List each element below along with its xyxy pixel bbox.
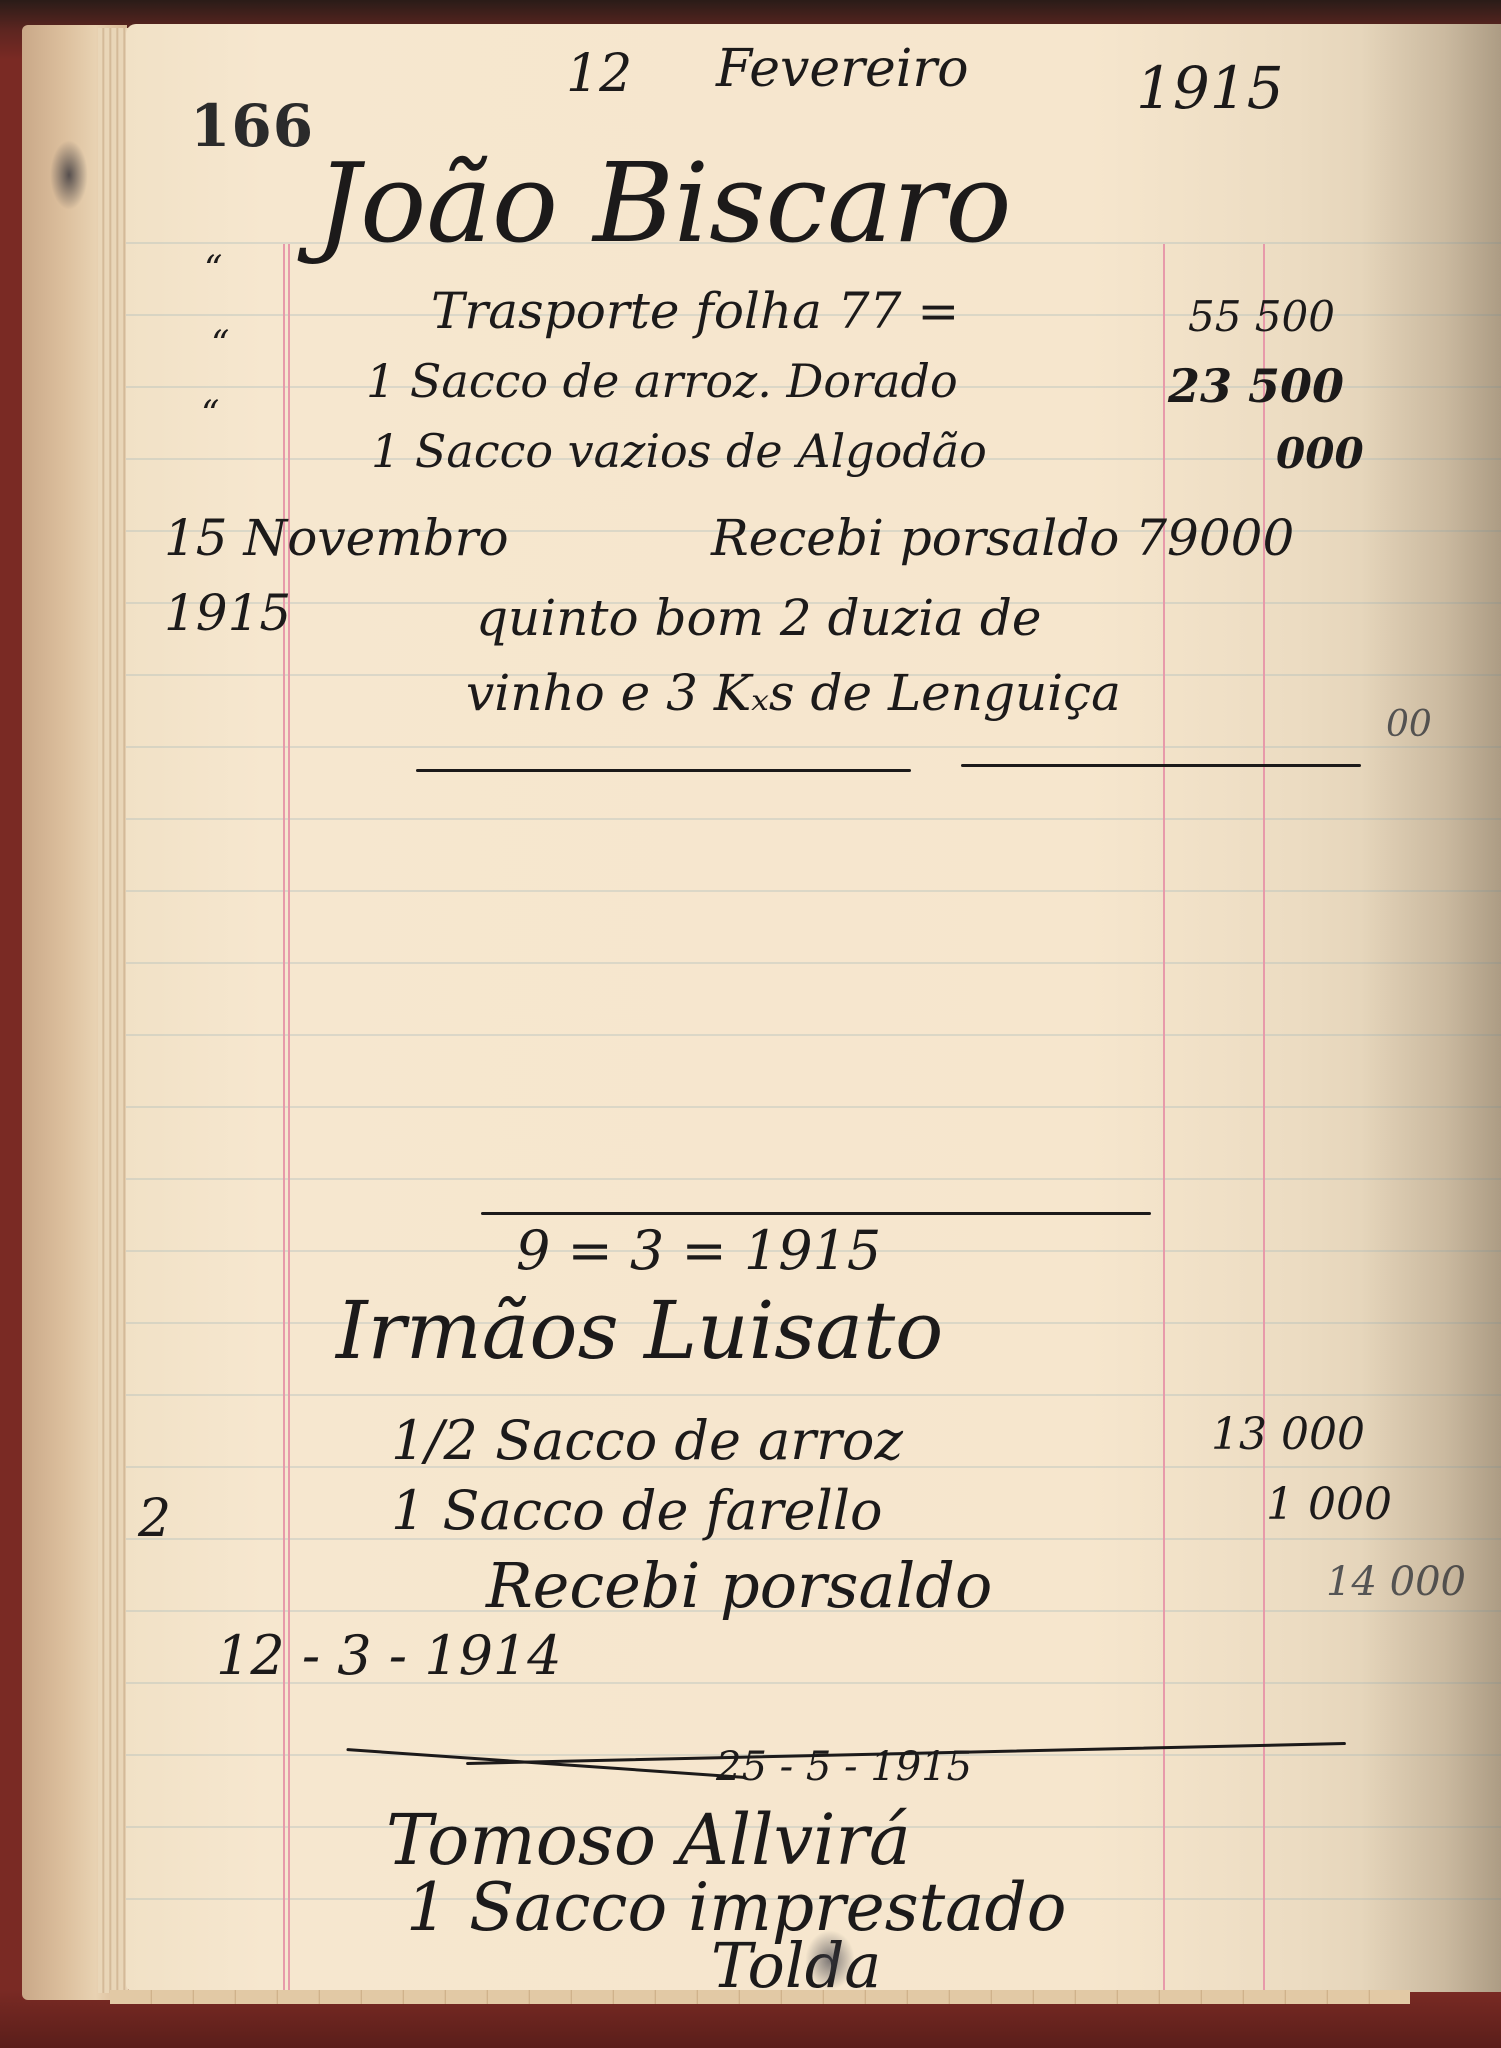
settlement-line: Recebi porsaldo [486,1549,992,1622]
settlement-year: 1915 [164,584,291,642]
entry-line-text: 1 Sacco de arroz. Dorado [366,354,958,408]
settlement-date: 12 - 3 - 1914 [216,1624,562,1687]
account-name-joao-biscaro: João Biscaro [316,139,1012,267]
ditto-mark: “ [211,324,229,365]
ditto-mark: “ [201,394,219,435]
ditto-mark: “ [204,249,222,290]
amount-column-line [1163,244,1165,1992]
entry-line-text: 1 Sacco vazios de Algodão [371,424,987,478]
header-date-day: 12 [566,44,632,104]
entry-line-amount: 55 500 [1188,292,1335,341]
handwritten-divider [481,1212,1151,1215]
entry-line-amount: 000 [1276,429,1364,478]
ruled-line [126,746,1501,748]
margin-note: 2 [138,1489,171,1549]
entry-line-amount: 13 000 [1211,1409,1365,1460]
ruled-line [126,1178,1501,1180]
header-date-year: 1915 [1136,54,1284,122]
page-number: 166 [190,92,314,160]
settlement-date: 15 Novembro [164,509,509,567]
ruled-line [126,1394,1501,1396]
handwritten-divider [416,769,911,772]
account-name-irmaos-luisato: Irmãos Luisato [336,1284,943,1377]
page-bottom-edge [110,1990,1410,2004]
ink-blot [805,1930,855,1990]
handwritten-divider [961,764,1361,767]
header-date-month: Fevereiro [716,39,969,99]
entry-note: Tolda [711,1929,881,1992]
ruled-line [126,962,1501,964]
ledger-page: 166 12 Fevereiro 1915 João Biscaro “ Tra… [126,24,1501,1992]
ruled-line [126,890,1501,892]
entry-line-text: 1 Sacco de farello [391,1479,883,1542]
settlement-line: vinho e 3 Kₓs de Lenguiça [466,664,1121,722]
cents-column-line [1263,244,1265,1992]
ruled-line [126,818,1501,820]
entry-date: 9 = 3 = 1915 [516,1219,881,1282]
entry-date: 25 - 5 - 1915 [716,1744,972,1790]
entry-line-amount: 23 500 [1168,359,1344,413]
left-margin-line [283,244,285,1992]
ruled-line [126,1034,1501,1036]
handwritten-cross-stroke [346,1748,745,1779]
ruled-line [126,1106,1501,1108]
settlement-line: Recebi porsaldo 79000 [711,509,1294,567]
entry-line-text: 1/2 Sacco de arroz [391,1409,903,1472]
page-stack-edges [98,28,128,1993]
spine-ink-stain [50,140,88,210]
settlement-line: quinto bom 2 duzia de [476,589,1041,647]
page-curl-shadow [1361,24,1501,1992]
entry-line-text: Trasporte folha 77 = [431,282,959,340]
